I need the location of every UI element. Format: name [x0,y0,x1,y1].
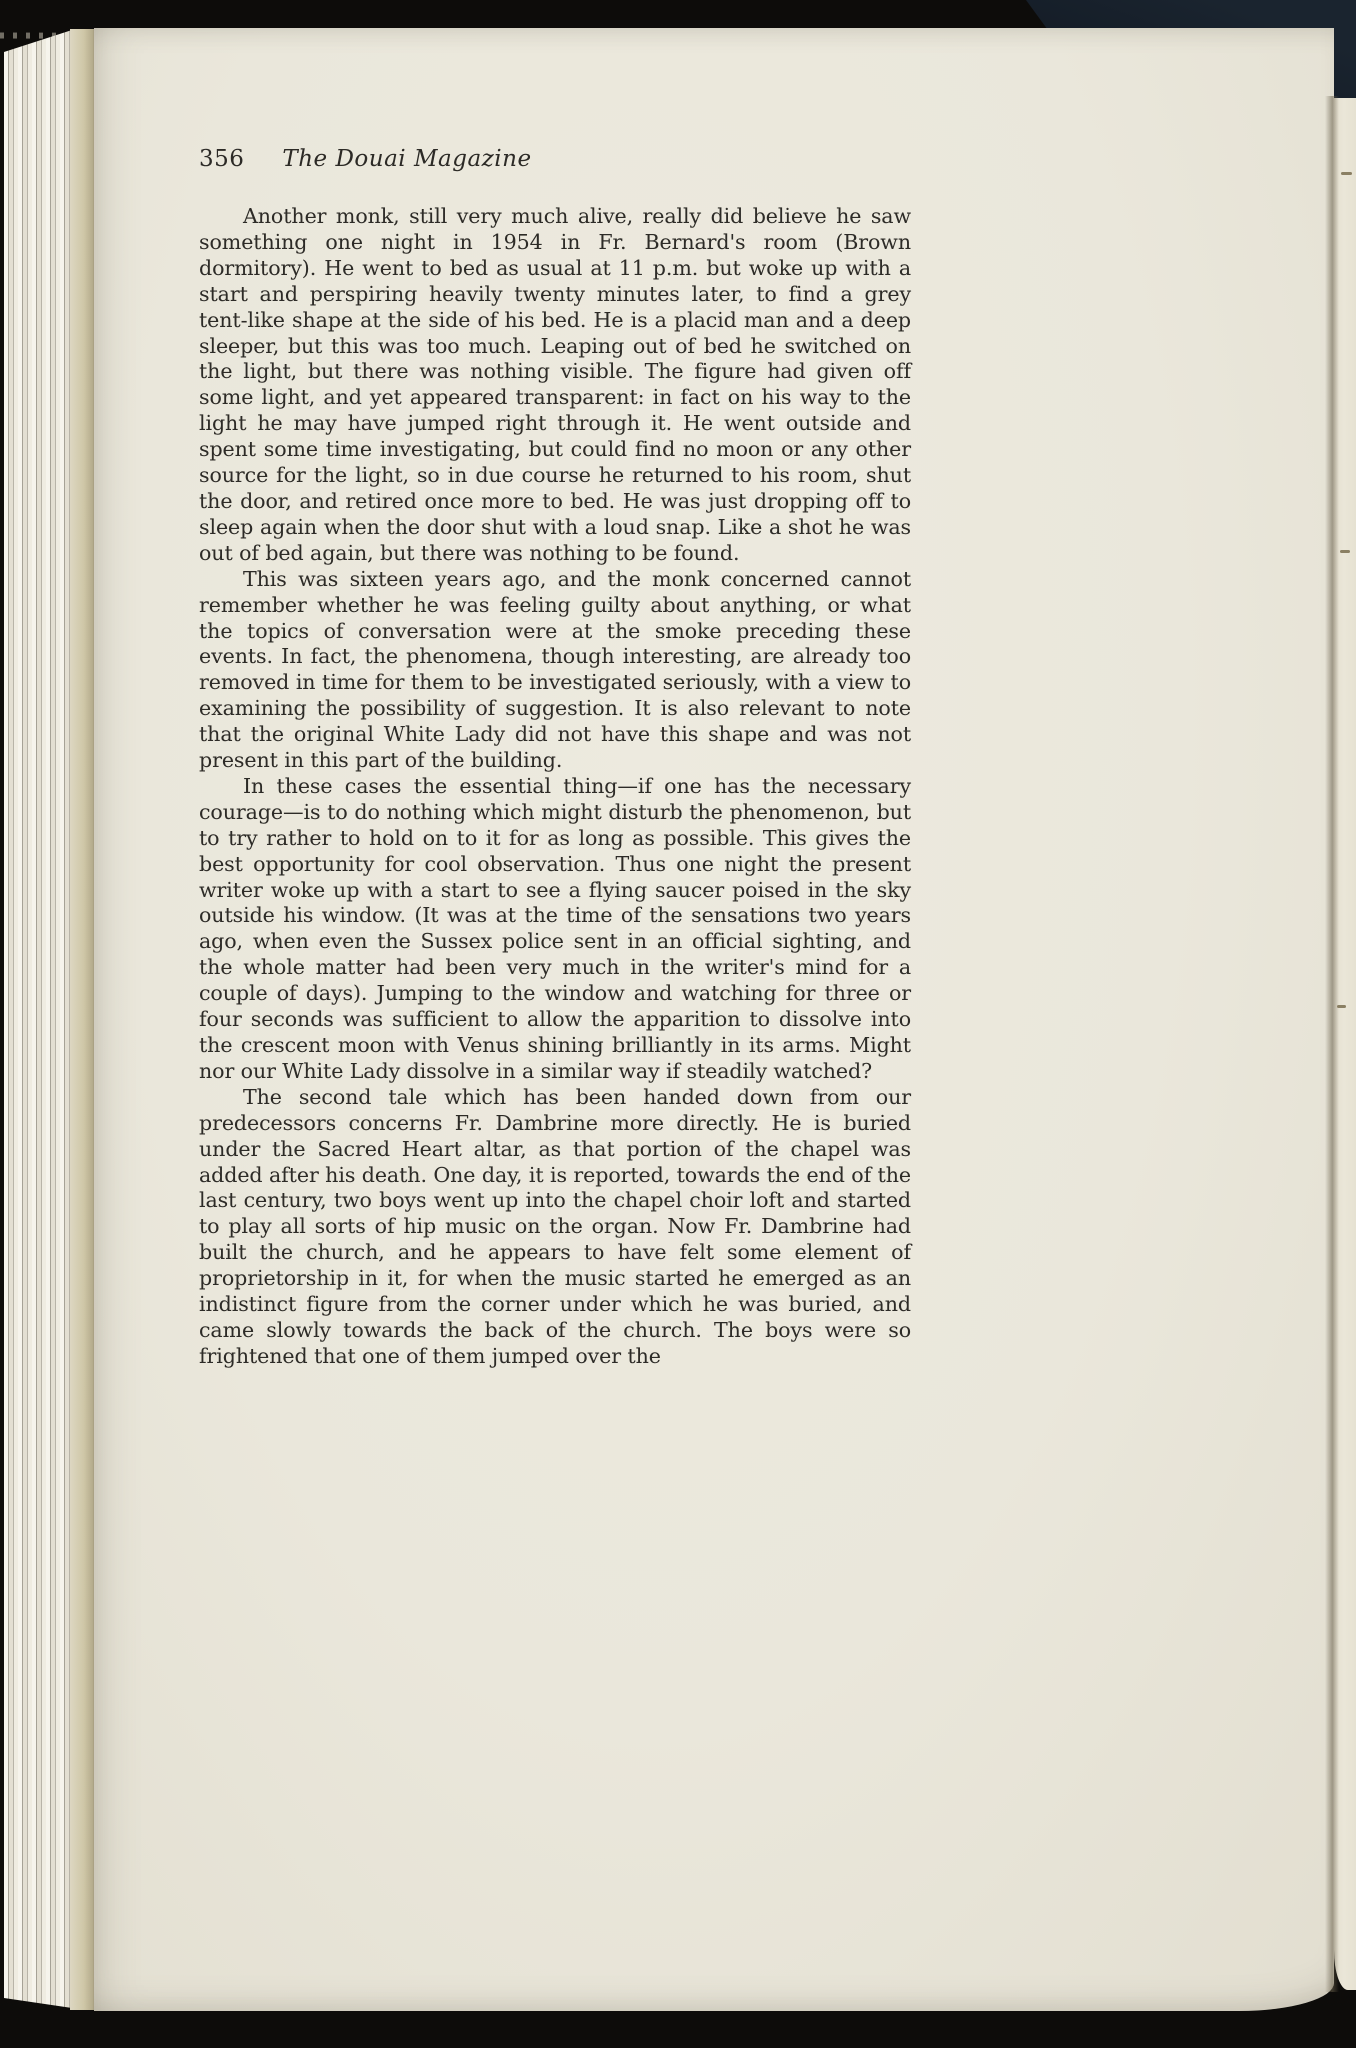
page-number: 356 [199,146,244,172]
book-page: 356The Douai Magazine Another monk, stil… [94,28,1334,2011]
page-body: Another monk, still very much alive, rea… [199,204,911,1370]
page-header: 356The Douai Magazine [199,146,532,172]
page-crease [1325,96,1339,1992]
page-edge-nick [1337,1005,1346,1008]
page-edge-nick [1341,172,1352,175]
book-page-edges [4,30,72,2008]
page-edge-nick [1340,550,1350,553]
paragraph: Another monk, still very much alive, rea… [199,204,911,567]
page-edge-tan-strip [70,29,95,2010]
paragraph: The second tale which has been handed do… [199,1085,911,1370]
magazine-title: The Douai Magazine [282,146,531,172]
paragraph: This was sixteen years ago, and the monk… [199,567,911,774]
paragraph: In these cases the essential thing—if on… [199,774,911,1085]
